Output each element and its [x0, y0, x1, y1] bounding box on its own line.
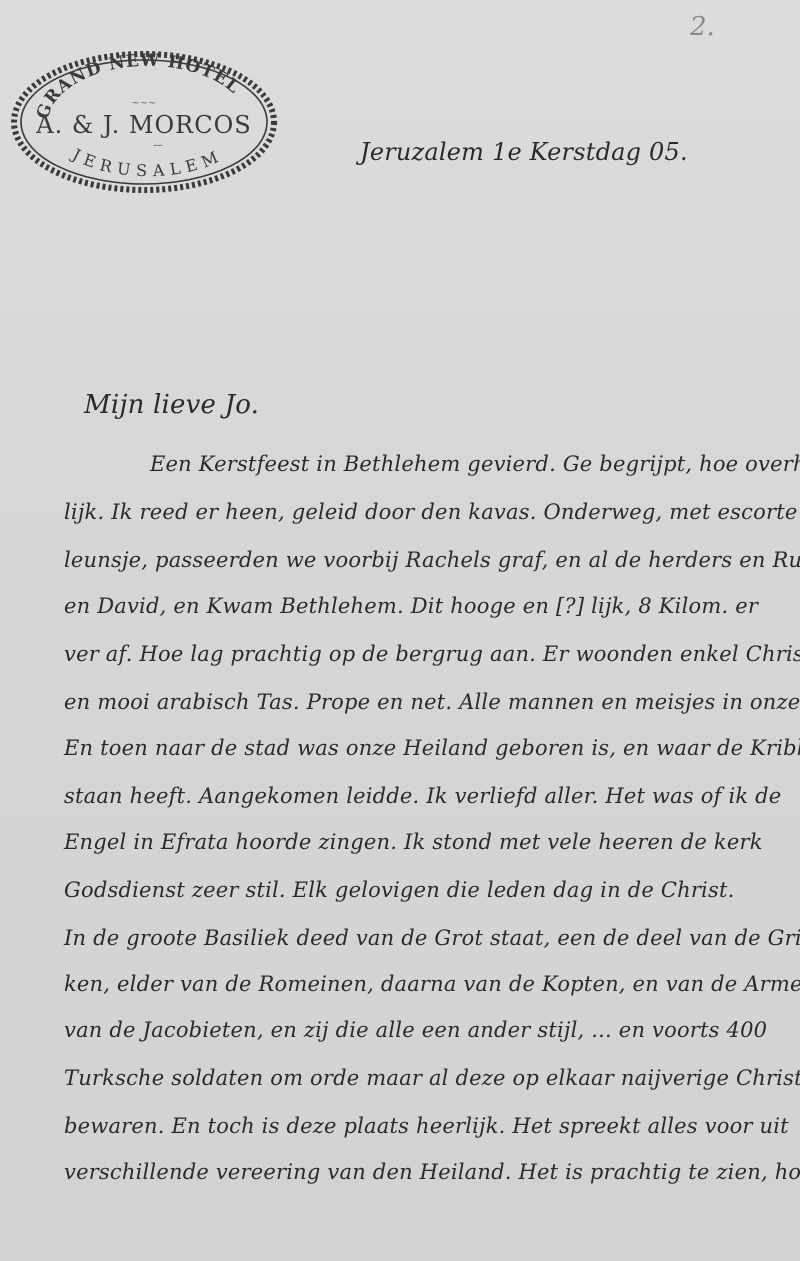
letter-line: En toen naar de stad was onze Heiland ge…	[64, 736, 800, 760]
letter-line: lijk. Ik reed er heen, geleid door den k…	[64, 500, 800, 524]
letter-line: staan heeft. Aangekomen leidde. Ik verli…	[64, 784, 781, 808]
page-number: 2.	[690, 12, 715, 42]
stamp-oval-icon: GRAND NEW HOTEL ~~~ A. & J. MORCOS — JER…	[8, 48, 280, 196]
letter-page: 2. GRAND NEW HOTEL ~~~ A. & J. MORCOS — …	[0, 0, 800, 1261]
stamp-ornament: ~~~	[131, 98, 156, 109]
letter-line: Een Kerstfeest in Bethlehem gevierd. Ge …	[150, 452, 800, 476]
stamp-middle-text: A. & J. MORCOS	[35, 111, 251, 139]
letter-line: leunsje, passeerden we voorbij Rachels g…	[64, 548, 800, 572]
letter-line: bewaren. En toch is deze plaats heerlijk…	[64, 1114, 789, 1138]
svg-text:JERUSALEM: JERUSALEM	[68, 144, 227, 180]
letter-line: verschillende vereering van den Heiland.…	[64, 1160, 800, 1184]
letter-line: van de Jacobieten, en zij die alle een a…	[64, 1018, 767, 1042]
letter-line: Engel in Efrata hoorde zingen. Ik stond …	[64, 830, 763, 854]
letter-line: In de groote Basiliek deed van de Grot s…	[64, 926, 800, 950]
hotel-stamp: GRAND NEW HOTEL ~~~ A. & J. MORCOS — JER…	[8, 48, 280, 196]
letter-line: ken, elder van de Romeinen, daarna van d…	[64, 972, 800, 996]
letter-line: ver af. Hoe lag prachtig op de bergrug a…	[64, 642, 800, 666]
letter-line: en mooi arabisch Tas. Prope en net. Alle…	[64, 690, 800, 714]
letter-line: Godsdienst zeer stil. Elk gelovigen die …	[64, 878, 734, 902]
letter-line: Turksche soldaten om orde maar al deze o…	[64, 1066, 800, 1090]
salutation: Mijn lieve Jo.	[84, 390, 259, 420]
letter-line: en David, en Kwam Bethlehem. Dit hooge e…	[64, 594, 758, 618]
place-date: Jeruzalem 1e Kerstdag 05.	[360, 138, 688, 166]
stamp-bottom-text: JERUSALEM	[68, 144, 227, 180]
stamp-divider: —	[153, 140, 163, 151]
